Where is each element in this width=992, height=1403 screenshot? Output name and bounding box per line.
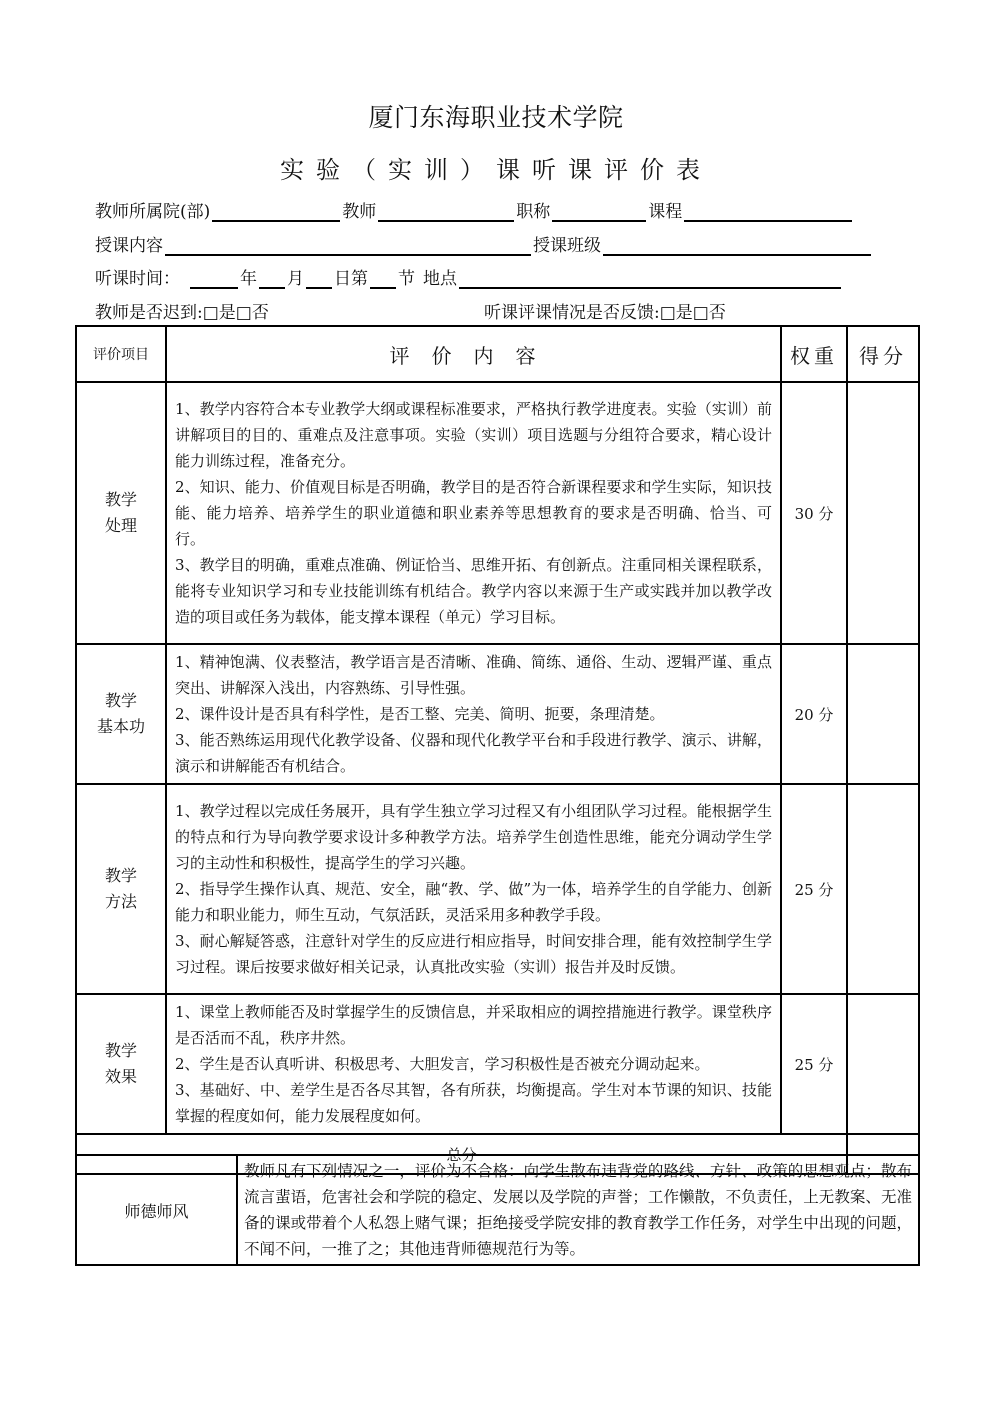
criteria-cell: 1、课堂上教师能否及时掌握学生的反馈信息，并采取相应的调控措施进行教学。课堂秩序…: [166, 994, 781, 1134]
header-content: 评价内容: [166, 326, 781, 382]
feedback-no-label: 否: [709, 303, 726, 323]
content-field[interactable]: [165, 234, 531, 256]
month-label: 月: [287, 264, 304, 289]
criteria-item: 2、知识、能力、价值观目标是否明确，教学目的是否符合新课程要求和学生实际，知识技…: [175, 474, 772, 552]
period-field[interactable]: [370, 267, 396, 289]
criteria-item: 1、精神饱满、仪表整洁，教学语言是否清晰、准确、简练、通俗、生动、逻辑严谨、重点…: [175, 649, 772, 701]
form-title: 实验（实训）课听课评价表: [0, 150, 992, 185]
criteria-cell: 1、教学内容符合本专业教学大纲或课程标准要求，严格执行教学进度表。实验（实训）前…: [166, 382, 781, 644]
feedback-check-group: 听课评课情况是否反馈:□是□否: [484, 298, 726, 323]
teacher-label: 教师: [342, 197, 376, 222]
weight-cell: 25 分: [781, 784, 847, 994]
ethics-table: 师德师风 教师凡有下列情况之一，评价为不合格：向学生散布违背党的路线、方针、政策…: [75, 1154, 920, 1266]
month-field[interactable]: [259, 267, 285, 289]
late-no-label: 否: [252, 303, 269, 323]
criteria-item: 2、学生是否认真听讲、积极思考、大胆发言，学习积极性是否被充分调动起来。: [175, 1051, 772, 1077]
score-cell[interactable]: [847, 784, 919, 994]
school-name: 厦门东海职业技术学院: [0, 98, 992, 134]
department-label: 教师所属院(部): [95, 197, 210, 222]
table-row: 教学 基本功 1、精神饱满、仪表整洁，教学语言是否清晰、准确、简练、通俗、生动、…: [76, 644, 919, 784]
location-field[interactable]: [459, 267, 841, 289]
criteria-item: 3、耐心解疑答惑，注意针对学生的反应进行相应指导，时间安排合理，能有效控制学生学…: [175, 928, 772, 980]
late-yes-checkbox[interactable]: □: [203, 303, 219, 323]
day-label: 日第: [334, 264, 368, 289]
criteria-item: 1、教学内容符合本专业教学大纲或课程标准要求，严格执行教学进度表。实验（实训）前…: [175, 396, 772, 474]
category-cell: 教学 处理: [76, 382, 166, 644]
year-field[interactable]: [190, 267, 238, 289]
ethics-text: 教师凡有下列情况之一，评价为不合格：向学生散布违背党的路线、方针、政策的思想观点…: [237, 1155, 919, 1265]
evaluation-table: 评价项目 评价内容 权重 得分 教学 处理 1、教学内容符合本专业教学大纲或课程…: [75, 325, 920, 1175]
course-label: 课程: [648, 197, 682, 222]
year-label: 年: [240, 264, 257, 289]
title-label: 职称: [516, 197, 550, 222]
feedback-yes-checkbox[interactable]: □: [660, 303, 676, 323]
content-label: 授课内容: [95, 231, 163, 256]
info-row-2: 授课内容 授课班级: [95, 232, 873, 256]
criteria-cell: 1、教学过程以完成任务展开，具有学生独立学习过程又有小组团队学习过程。能根据学生…: [166, 784, 781, 994]
title-field[interactable]: [552, 200, 646, 222]
score-cell[interactable]: [847, 644, 919, 784]
table-row: 教学 方法 1、教学过程以完成任务展开，具有学生独立学习过程又有小组团队学习过程…: [76, 784, 919, 994]
table-header-row: 评价项目 评价内容 权重 得分: [76, 326, 919, 382]
info-row-3: 听课时间： 年 月 日第 节 地点: [95, 265, 843, 289]
criteria-item: 2、指导学生操作认真、规范、安全，融“教、学、做”为一体，培养学生的自学能力、创…: [175, 876, 772, 928]
ethics-label: 师德师风: [76, 1155, 237, 1265]
late-yes-label: 是: [219, 303, 236, 323]
criteria-cell: 1、精神饱满、仪表整洁，教学语言是否清晰、准确、简练、通俗、生动、逻辑严谨、重点…: [166, 644, 781, 784]
class-label: 授课班级: [533, 231, 601, 256]
category-cell: 教学 效果: [76, 994, 166, 1134]
late-no-checkbox[interactable]: □: [236, 303, 252, 323]
category-cell: 教学 方法: [76, 784, 166, 994]
feedback-label: 听课评课情况是否反馈:: [484, 303, 660, 323]
feedback-no-checkbox[interactable]: □: [693, 303, 709, 323]
time-label: 听课时间：: [95, 264, 180, 289]
weight-cell: 20 分: [781, 644, 847, 784]
course-field[interactable]: [684, 200, 852, 222]
ethics-row: 师德师风 教师凡有下列情况之一，评价为不合格：向学生散布违背党的路线、方针、政策…: [76, 1155, 919, 1265]
header-item: 评价项目: [76, 326, 166, 382]
info-row-1: 教师所属院(部) 教师 职称 课程: [95, 198, 854, 222]
criteria-item: 3、能否熟练运用现代化教学设备、仪器和现代化教学平台和手段进行教学、演示、讲解，…: [175, 727, 772, 779]
class-field[interactable]: [603, 234, 871, 256]
criteria-item: 1、课堂上教师能否及时掌握学生的反馈信息，并采取相应的调控措施进行教学。课堂秩序…: [175, 999, 772, 1051]
late-check-group: 教师是否迟到:□是□否: [95, 298, 269, 323]
table-row: 教学 效果 1、课堂上教师能否及时掌握学生的反馈信息，并采取相应的调控措施进行教…: [76, 994, 919, 1134]
criteria-item: 1、教学过程以完成任务展开，具有学生独立学习过程又有小组团队学习过程。能根据学生…: [175, 798, 772, 876]
header-weight: 权重: [781, 326, 847, 382]
score-cell[interactable]: [847, 994, 919, 1134]
score-cell[interactable]: [847, 382, 919, 644]
category-cell: 教学 基本功: [76, 644, 166, 784]
teacher-field[interactable]: [378, 200, 514, 222]
criteria-item: 3、教学目的明确，重难点准确、例证恰当、思维开拓、有创新点。注重同相关课程联系，…: [175, 552, 772, 630]
location-label: 地点: [423, 264, 457, 289]
weight-cell: 25 分: [781, 994, 847, 1134]
header-score: 得分: [847, 326, 919, 382]
period-label: 节: [398, 264, 415, 289]
criteria-item: 2、课件设计是否具有科学性，是否工整、完美、简明、扼要，条理清楚。: [175, 701, 772, 727]
feedback-yes-label: 是: [676, 303, 693, 323]
weight-cell: 30 分: [781, 382, 847, 644]
table-row: 教学 处理 1、教学内容符合本专业教学大纲或课程标准要求，严格执行教学进度表。实…: [76, 382, 919, 644]
day-field[interactable]: [306, 267, 332, 289]
late-label: 教师是否迟到:: [95, 303, 203, 323]
criteria-item: 3、基础好、中、差学生是否各尽其智，各有所获，均衡提高。学生对本节课的知识、技能…: [175, 1077, 772, 1129]
department-field[interactable]: [212, 200, 340, 222]
